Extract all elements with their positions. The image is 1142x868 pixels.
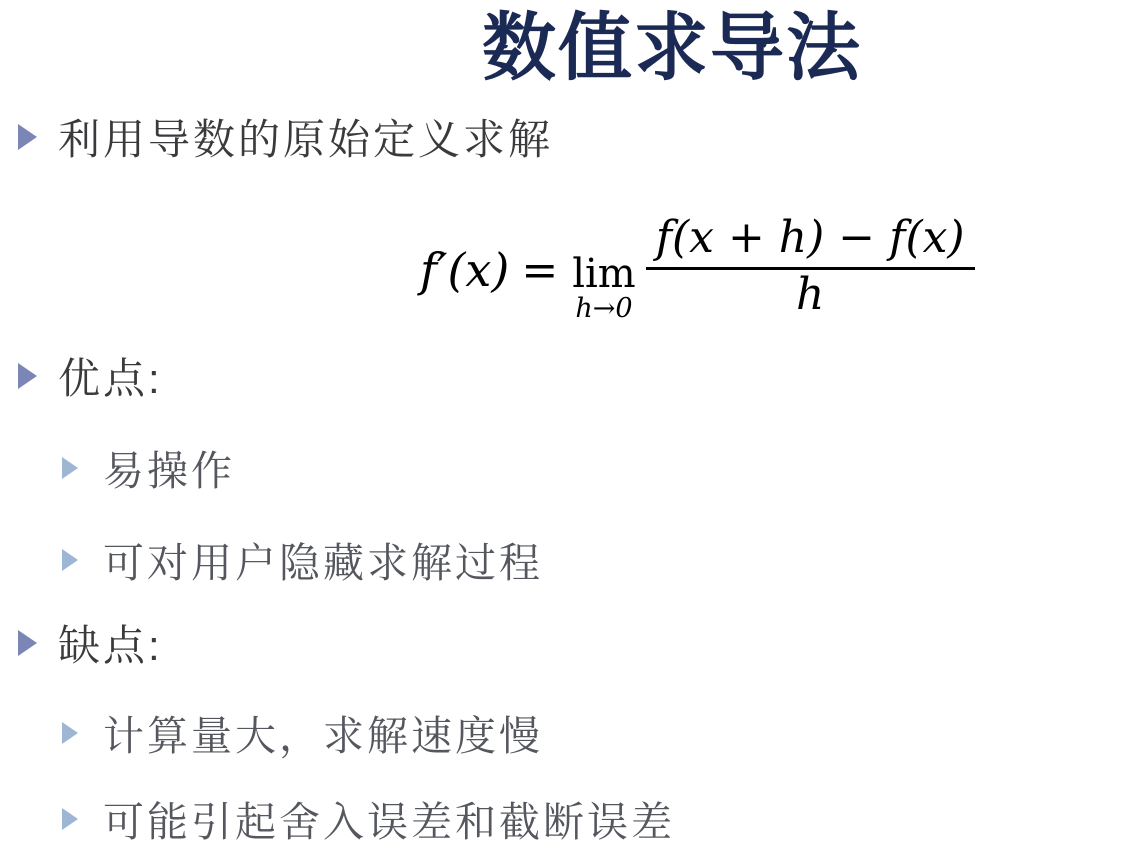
formula-limit-operator: lim — [572, 253, 636, 295]
formula-limit-subscript: h→0 — [575, 295, 632, 323]
bullet-triangle-icon — [62, 722, 78, 744]
formula-numerator: f(x + h) − f(x) — [646, 211, 975, 267]
bullet-text: 易操作 — [103, 438, 235, 497]
bullet-text: 可能引起舍入误差和截断误差 — [103, 789, 675, 848]
sub-bullet-item: 易操作 — [62, 438, 235, 497]
bullet-triangle-icon — [62, 808, 78, 830]
formula-equals: = — [521, 245, 558, 296]
bullet-text: 计算量大，求解速度慢 — [103, 703, 543, 762]
bullet-triangle-icon — [62, 549, 78, 571]
sub-bullet-item: 可对用户隐藏求解过程 — [62, 530, 543, 589]
sub-bullet-item: 可能引起舍入误差和截断误差 — [62, 789, 675, 848]
bullet-triangle-icon — [18, 124, 37, 150]
bullet-triangle-icon — [18, 630, 37, 656]
bullet-text: 利用导数的原始定义求解 — [58, 107, 553, 167]
sub-bullet-item: 计算量大，求解速度慢 — [62, 703, 543, 762]
bullet-triangle-icon — [62, 457, 78, 479]
slide-title: 数值求导法 — [482, 2, 872, 94]
formula-limit: lim h→0 — [572, 253, 636, 323]
bullet-item: 缺点: — [18, 613, 163, 673]
formula-lhs: f′(x) — [420, 243, 509, 297]
bullet-text: 缺点: — [58, 613, 163, 673]
bullet-text: 可对用户隐藏求解过程 — [103, 530, 543, 589]
bullet-item: 利用导数的原始定义求解 — [18, 107, 553, 167]
presentation-slide: 数值求导法 利用导数的原始定义求解 f′(x) = lim h→0 f(x + … — [0, 0, 1142, 868]
bullet-item: 优点: — [18, 346, 163, 406]
formula-fraction: f(x + h) − f(x) h — [646, 211, 975, 320]
formula-denominator: h — [646, 267, 975, 320]
derivative-formula: f′(x) = lim h→0 f(x + h) − f(x) h — [420, 212, 975, 318]
bullet-text: 优点: — [58, 346, 163, 406]
bullet-triangle-icon — [18, 363, 37, 389]
